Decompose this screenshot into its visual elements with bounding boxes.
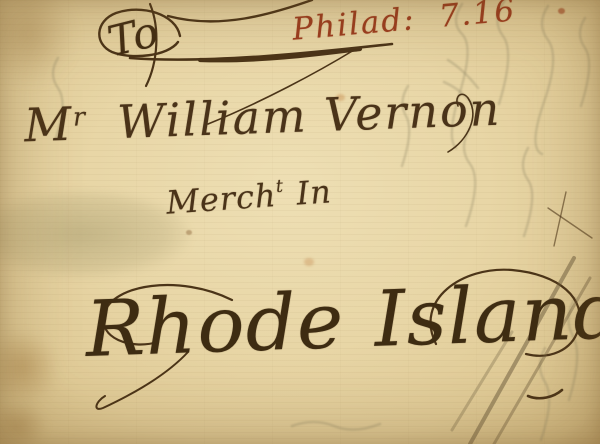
ghost-bleedthrough-writing xyxy=(0,0,600,444)
foxing-spot xyxy=(186,230,192,235)
honorific-superscript: r xyxy=(72,102,87,131)
salutation-to: To xyxy=(103,7,163,67)
manuscript-postmark: Philad:7.16 xyxy=(291,0,518,48)
stain-bottom-left-2 xyxy=(0,400,48,444)
addressee-line: MrWilliam Vernon xyxy=(23,82,502,153)
foxing-spot xyxy=(558,8,565,14)
foxing-spot xyxy=(304,258,314,266)
postmark-city: Philad: xyxy=(291,1,417,48)
stain-bottom-left xyxy=(0,328,62,406)
occupation-line: MerchtIn xyxy=(165,172,333,221)
postmark-rate: 7.16 xyxy=(438,0,518,35)
honorific: M xyxy=(23,97,74,153)
stain-top-left xyxy=(0,0,77,87)
pen-flourish-strokes xyxy=(0,0,600,444)
addressee-name: William Vernon xyxy=(116,82,502,149)
occupation-rest: In xyxy=(295,172,333,212)
occupation-superscript: t xyxy=(275,177,284,198)
stain-left-band xyxy=(0,190,190,278)
destination-text: Rhode Island xyxy=(84,267,600,375)
letter-cover-scan: To Philad:7.16 MrWilliam Vernon MerchtIn… xyxy=(0,0,600,444)
occupation-abbreviation: Merch xyxy=(165,176,278,222)
